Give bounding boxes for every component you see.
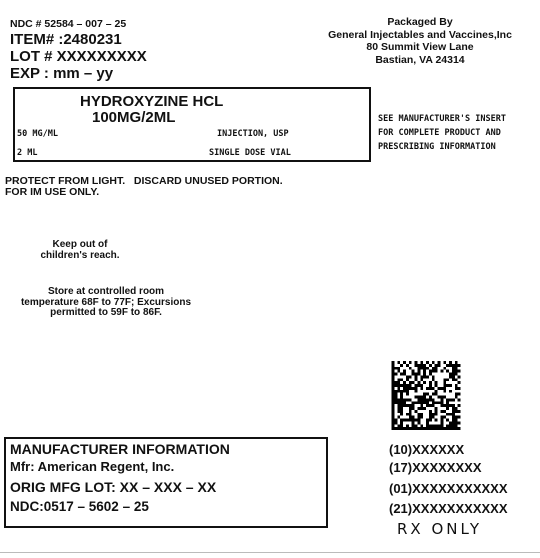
drug-strength: 100MG/2ML — [92, 109, 175, 126]
udi-expiry: (17)XXXXXXXX — [389, 460, 482, 475]
lot-number: LOT # XXXXXXXXX — [10, 48, 147, 65]
warning-line: FOR IM USE ONLY. — [5, 187, 283, 198]
keep-out-of-reach: Keep out of children's reach. — [0, 240, 160, 261]
keep-out-line: children's reach. — [0, 251, 160, 262]
storage-line: permitted to 59F to 86F. — [6, 308, 206, 319]
datamatrix-barcode-icon — [391, 361, 461, 430]
drug-volume: 2 ML — [17, 148, 37, 158]
expiration-date: EXP : mm – yy — [10, 65, 113, 82]
keep-out-line: Keep out of — [0, 240, 160, 251]
storage-instructions: Store at controlled room temperature 68F… — [6, 287, 206, 319]
drug-container: SINGLE DOSE VIAL — [209, 148, 291, 158]
packager-city: Bastian, VA 24314 — [300, 54, 540, 67]
manufacturer-ndc: NDC:0517 – 5602 – 25 — [10, 499, 149, 514]
storage-line: Store at controlled room — [6, 287, 206, 298]
original-lot: ORIG MFG LOT: XX – XXX – XX — [10, 479, 216, 495]
ndc-number: NDC # 52584 – 007 – 25 — [10, 18, 126, 30]
udi-batch: (10)XXXXXX — [389, 442, 464, 457]
drug-form: INJECTION, USP — [217, 129, 289, 139]
packager-name: General Injectables and Vaccines,Inc — [300, 29, 540, 42]
label-edge — [0, 552, 540, 553]
insert-note-line: SEE MANUFACTURER'S INSERT — [378, 112, 506, 126]
packager-street: 80 Summit View Lane — [300, 41, 540, 54]
manufacturer-name: Mfr: American Regent, Inc. — [10, 459, 174, 474]
drug-concentration: 50 MG/ML — [17, 129, 58, 139]
drug-name: HYDROXYZINE HCL — [80, 93, 223, 110]
item-number: ITEM# :2480231 — [10, 31, 122, 48]
insert-note-line: FOR COMPLETE PRODUCT AND — [378, 126, 506, 140]
packager-info: Packaged By General Injectables and Vacc… — [300, 16, 540, 66]
udi-serial: (21)XXXXXXXXXXX — [389, 501, 508, 516]
rx-only: RX ONLY — [397, 520, 482, 538]
manufacturer-title: MANUFACTURER INFORMATION — [10, 441, 230, 457]
insert-note: SEE MANUFACTURER'S INSERT FOR COMPLETE P… — [378, 112, 506, 154]
insert-note-line: PRESCRIBING INFORMATION — [378, 140, 506, 154]
packager-heading: Packaged By — [300, 16, 540, 29]
udi-gtin: (01)XXXXXXXXXXX — [389, 481, 508, 496]
warnings: PROTECT FROM LIGHT. DISCARD UNUSED PORTI… — [5, 176, 283, 198]
